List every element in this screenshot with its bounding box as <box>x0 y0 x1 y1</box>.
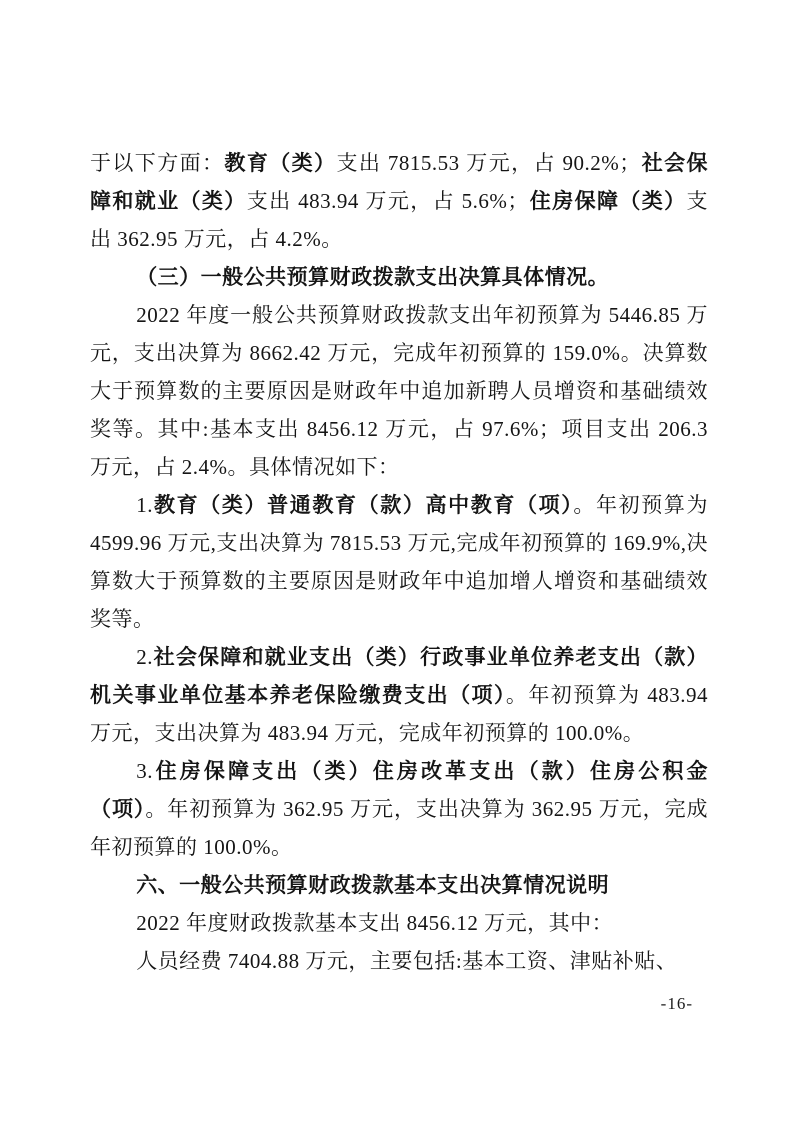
text-run: 支出 483.94 万元，占 5.6%； <box>247 189 529 213</box>
para-basic-expenditure-total: 2022 年度财政拨款基本支出 8456.12 万元，其中： <box>90 904 708 942</box>
text-run: 2022 年度一般公共预算财政拨款支出年初预算为 5446.85 万元，支出决算… <box>90 303 708 479</box>
para-item-1-education: 1.教育（类）普通教育（款）高中教育（项）。年初预算为 4599.96 万元,支… <box>90 486 708 638</box>
para-item-3-housing: 3.住房保障支出（类）住房改革支出（款）住房公积金（项）。年初预算为 362.9… <box>90 752 708 866</box>
text-run: 1. <box>136 493 153 517</box>
heading-section-six: 六、一般公共预算财政拨款基本支出决算情况说明 <box>90 866 708 904</box>
heading-section-three: （三）一般公共预算财政拨款支出决算具体情况。 <box>90 258 708 296</box>
bold-text-run: （三）一般公共预算财政拨款支出决算具体情况。 <box>136 265 609 289</box>
para-2022-expenditure-overview: 2022 年度一般公共预算财政拨款支出年初预算为 5446.85 万元，支出决算… <box>90 296 708 486</box>
text-run: 。年初预算为 362.95 万元，支出决算为 362.95 万元，完成年初预算的… <box>90 797 708 859</box>
para-function-class-summary: 于以下方面：教育（类）支出 7815.53 万元，占 90.2%；社会保障和就业… <box>90 144 708 258</box>
text-run: 支出 7815.53 万元，占 90.2%； <box>336 151 640 175</box>
text-run: 2022 年度财政拨款基本支出 8456.12 万元，其中： <box>136 911 613 935</box>
bold-text-run: 教育（类） <box>224 151 336 175</box>
document-page: 于以下方面：教育（类）支出 7815.53 万元，占 90.2%；社会保障和就业… <box>0 0 793 1122</box>
text-run: 2. <box>136 645 153 669</box>
text-run: 于以下方面： <box>90 151 224 175</box>
bold-text-run: 六、一般公共预算财政拨款基本支出决算情况说明 <box>136 873 609 897</box>
text-run: 3. <box>136 759 153 783</box>
text-run: 人员经费 7404.88 万元，主要包括:基本工资、津贴补贴、 <box>136 949 677 973</box>
bold-text-run: 住房保障（类） <box>529 189 687 213</box>
para-personnel-expenses: 人员经费 7404.88 万元，主要包括:基本工资、津贴补贴、 <box>90 942 708 980</box>
para-item-2-social-security: 2.社会保障和就业支出（类）行政事业单位养老支出（款）机关事业单位基本养老保险缴… <box>90 638 708 752</box>
document-body: 于以下方面：教育（类）支出 7815.53 万元，占 90.2%；社会保障和就业… <box>90 144 708 980</box>
page-number: -16- <box>0 993 693 1015</box>
bold-text-run: 教育（类）普通教育（款）高中教育（项） <box>153 493 573 517</box>
